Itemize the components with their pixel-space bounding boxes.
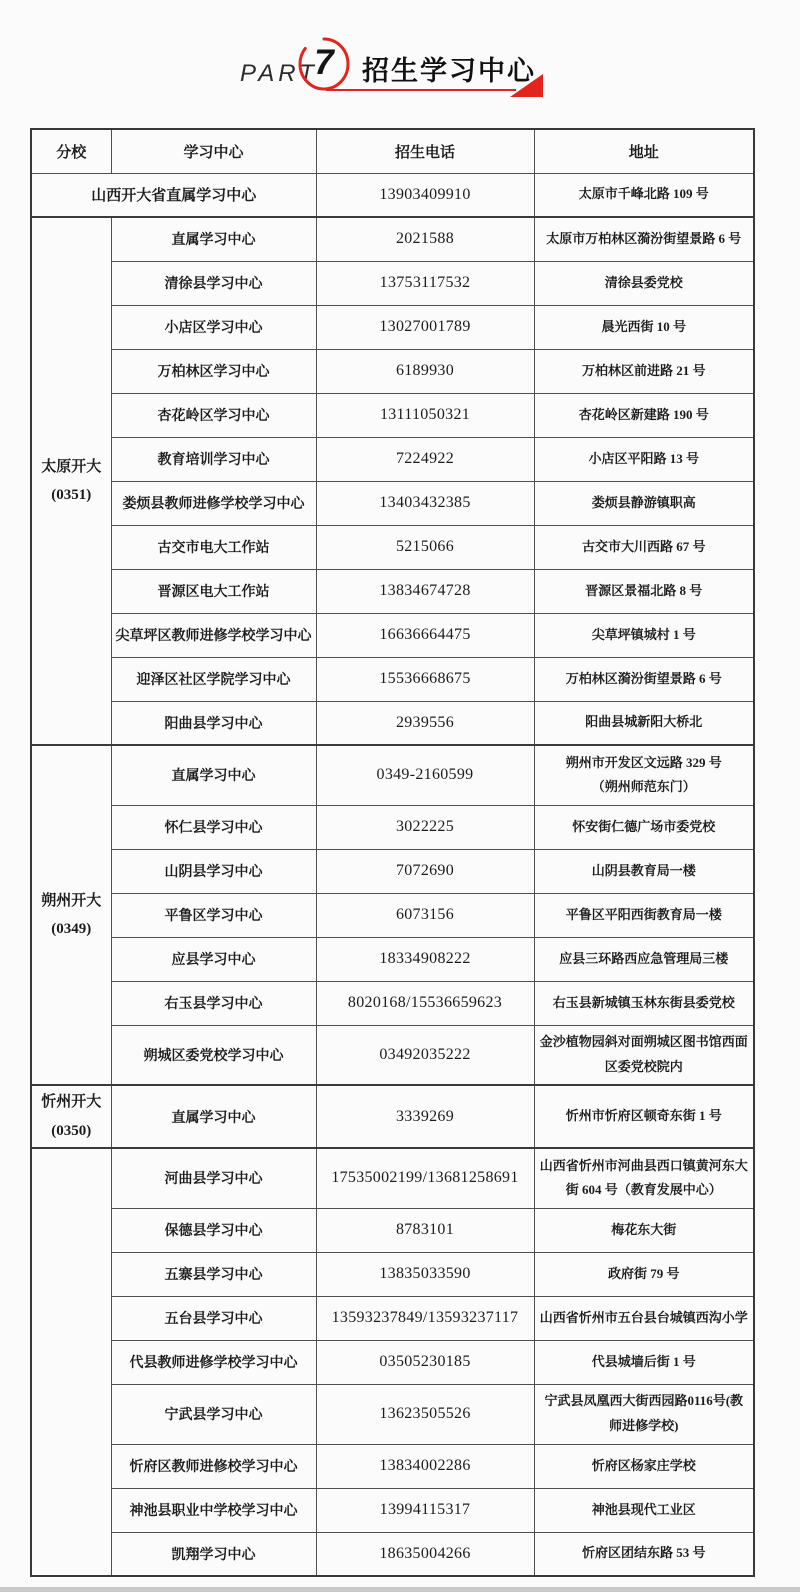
phone-cell: 18635004266 xyxy=(316,1532,534,1576)
branch-cell xyxy=(31,1148,111,1576)
address-cell: 宁武县凤凰西大街西园路0116号(教 师进修学校) xyxy=(534,1384,754,1444)
phone-cell: 13753117532 xyxy=(316,261,534,305)
phone-cell: 13834674728 xyxy=(316,569,534,613)
phone-cell: 13623505526 xyxy=(316,1384,534,1444)
branch-name: 忻州开大 xyxy=(35,1088,108,1117)
section-title-banner: PART 7 招生学习中心 xyxy=(238,36,558,102)
phone-cell: 03505230185 xyxy=(316,1340,534,1384)
center-cell: 忻府区教师进修校学习中心 xyxy=(111,1444,316,1488)
col-header-branch: 分校 xyxy=(31,129,111,173)
table-row: 忻州开大 (0350) 直属学习中心 3339269 忻州市忻府区顿奇东街 1 … xyxy=(31,1085,754,1148)
center-cell: 阳曲县学习中心 xyxy=(111,701,316,745)
center-cell: 保德县学习中心 xyxy=(111,1208,316,1252)
center-cell: 平鲁区学习中心 xyxy=(111,893,316,937)
center-cell: 怀仁县学习中心 xyxy=(111,805,316,849)
address-cell: 阳曲县城新阳大桥北 xyxy=(534,701,754,745)
center-cell: 杏花岭区学习中心 xyxy=(111,393,316,437)
center-cell: 小店区学习中心 xyxy=(111,305,316,349)
address-cell: 右玉县新城镇玉林东街县委党校 xyxy=(534,981,754,1025)
address-cell: 万柏林区前进路 21 号 xyxy=(534,349,754,393)
address-cell: 山阴县教育局一楼 xyxy=(534,849,754,893)
table-row: 晋源区电大工作站 13834674728 晋源区景福北路 8 号 xyxy=(31,569,754,613)
part-number: 7 xyxy=(296,43,352,83)
phone-cell: 16636664475 xyxy=(316,613,534,657)
address-cell: 忻州市忻府区顿奇东街 1 号 xyxy=(534,1085,754,1148)
phone-cell: 3339269 xyxy=(316,1085,534,1148)
col-header-address: 地址 xyxy=(534,129,754,173)
col-header-center: 学习中心 xyxy=(111,129,316,173)
phone-cell: 13994115317 xyxy=(316,1488,534,1532)
center-cell: 清徐县学习中心 xyxy=(111,261,316,305)
address-cell: 应县三环路西应急管理局三楼 xyxy=(534,937,754,981)
branch-code: (0349) xyxy=(35,915,108,944)
phone-cell: 03492035222 xyxy=(316,1025,534,1085)
address-cell: 太原市千峰北路 109 号 xyxy=(534,173,754,217)
branch-name: 太原开大 xyxy=(35,453,108,482)
table-row: 五台县学习中心 13593237849/13593237117 山西省忻州市五台… xyxy=(31,1296,754,1340)
table-row: 尖草坪区教师进修学校学习中心 16636664475 尖草坪镇城村 1 号 xyxy=(31,613,754,657)
table-row: 太原开大 (0351) 直属学习中心 2021588 太原市万柏林区漪汾街望景路… xyxy=(31,217,754,261)
address-cell: 清徐县委党校 xyxy=(534,261,754,305)
address-cell: 山西省忻州市河曲县西口镇黄河东大 街 604 号（教育发展中心） xyxy=(534,1148,754,1208)
table-row: 河曲县学习中心 17535002199/13681258691 山西省忻州市河曲… xyxy=(31,1148,754,1208)
center-cell: 宁武县学习中心 xyxy=(111,1384,316,1444)
page-title: 招生学习中心 xyxy=(362,49,536,88)
center-cell: 凯翔学习中心 xyxy=(111,1532,316,1576)
table-row: 代县教师进修学校学习中心 03505230185 代县城墙后街 1 号 xyxy=(31,1340,754,1384)
center-cell: 直属学习中心 xyxy=(111,217,316,261)
table-row: 阳曲县学习中心 2939556 阳曲县城新阳大桥北 xyxy=(31,701,754,745)
table-row: 山西开大省直属学习中心 13903409910 太原市千峰北路 109 号 xyxy=(31,173,754,217)
phone-cell: 13593237849/13593237117 xyxy=(316,1296,534,1340)
table-row: 保德县学习中心 8783101 梅花东大街 xyxy=(31,1208,754,1252)
table-row: 迎泽区社区学院学习中心 15536668675 万柏林区漪汾街望景路 6 号 xyxy=(31,657,754,701)
table-row: 忻府区教师进修校学习中心 13834002286 忻府区杨家庄学校 xyxy=(31,1444,754,1488)
address-cell: 平鲁区平阳西街教育局一楼 xyxy=(534,893,754,937)
center-cell: 山西开大省直属学习中心 xyxy=(31,173,316,217)
phone-cell: 5215066 xyxy=(316,525,534,569)
address-cell: 忻府区杨家庄学校 xyxy=(534,1444,754,1488)
table-row: 清徐县学习中心 13753117532 清徐县委党校 xyxy=(31,261,754,305)
phone-cell: 2021588 xyxy=(316,217,534,261)
phone-cell: 17535002199/13681258691 xyxy=(316,1148,534,1208)
table-row: 神池县职业中学校学习中心 13994115317 神池县现代工业区 xyxy=(31,1488,754,1532)
table-row: 古交市电大工作站 5215066 古交市大川西路 67 号 xyxy=(31,525,754,569)
table-row: 怀仁县学习中心 3022225 怀安街仁德广场市委党校 xyxy=(31,805,754,849)
center-cell: 河曲县学习中心 xyxy=(111,1148,316,1208)
branch-cell: 朔州开大 (0349) xyxy=(31,745,111,1085)
address-cell: 晋源区景福北路 8 号 xyxy=(534,569,754,613)
phone-cell: 6189930 xyxy=(316,349,534,393)
table-row: 朔城区委党校学习中心 03492035222 金沙植物园斜对面朔城区图书馆西面 … xyxy=(31,1025,754,1085)
phone-cell: 13403432385 xyxy=(316,481,534,525)
center-cell: 代县教师进修学校学习中心 xyxy=(111,1340,316,1384)
center-cell: 山阴县学习中心 xyxy=(111,849,316,893)
phone-cell: 8020168/15536659623 xyxy=(316,981,534,1025)
address-cell: 太原市万柏林区漪汾街望景路 6 号 xyxy=(534,217,754,261)
phone-cell: 6073156 xyxy=(316,893,534,937)
phone-cell: 13835033590 xyxy=(316,1252,534,1296)
address-cell: 杏花岭区新建路 190 号 xyxy=(534,393,754,437)
address-cell: 小店区平阳路 13 号 xyxy=(534,437,754,481)
red-underline xyxy=(326,89,516,91)
branch-code: (0351) xyxy=(35,481,108,510)
center-cell: 神池县职业中学校学习中心 xyxy=(111,1488,316,1532)
branch-code: (0350) xyxy=(35,1117,108,1146)
center-cell: 娄烦县教师进修学校学习中心 xyxy=(111,481,316,525)
branch-cell: 忻州开大 (0350) xyxy=(31,1085,111,1148)
center-cell: 直属学习中心 xyxy=(111,1085,316,1148)
table-row: 凯翔学习中心 18635004266 忻府区团结东路 53 号 xyxy=(31,1532,754,1576)
phone-cell: 13903409910 xyxy=(316,173,534,217)
center-cell: 应县学习中心 xyxy=(111,937,316,981)
table-row: 应县学习中心 18334908222 应县三环路西应急管理局三楼 xyxy=(31,937,754,981)
center-cell: 朔城区委党校学习中心 xyxy=(111,1025,316,1085)
phone-cell: 7224922 xyxy=(316,437,534,481)
center-cell: 教育培训学习中心 xyxy=(111,437,316,481)
phone-cell: 8783101 xyxy=(316,1208,534,1252)
table-row: 万柏林区学习中心 6189930 万柏林区前进路 21 号 xyxy=(31,349,754,393)
learning-centers-table-wrap: 分校 学习中心 招生电话 地址 山西开大省直属学习中心 13903409910 … xyxy=(30,128,755,1577)
center-cell: 晋源区电大工作站 xyxy=(111,569,316,613)
branch-cell: 太原开大 (0351) xyxy=(31,217,111,745)
center-cell: 古交市电大工作站 xyxy=(111,525,316,569)
col-header-phone: 招生电话 xyxy=(316,129,534,173)
phone-cell: 18334908222 xyxy=(316,937,534,981)
phone-cell: 13111050321 xyxy=(316,393,534,437)
phone-cell: 2939556 xyxy=(316,701,534,745)
address-cell: 尖草坪镇城村 1 号 xyxy=(534,613,754,657)
table-row: 杏花岭区学习中心 13111050321 杏花岭区新建路 190 号 xyxy=(31,393,754,437)
page-bottom-edge xyxy=(0,1587,800,1592)
table-row: 小店区学习中心 13027001789 晨光西街 10 号 xyxy=(31,305,754,349)
address-cell: 晨光西街 10 号 xyxy=(534,305,754,349)
address-cell: 忻府区团结东路 53 号 xyxy=(534,1532,754,1576)
center-cell: 右玉县学习中心 xyxy=(111,981,316,1025)
branch-name: 朔州开大 xyxy=(35,887,108,916)
table-row: 五寨县学习中心 13835033590 政府街 79 号 xyxy=(31,1252,754,1296)
learning-centers-table: 分校 学习中心 招生电话 地址 山西开大省直属学习中心 13903409910 … xyxy=(30,128,755,1577)
table-row: 右玉县学习中心 8020168/15536659623 右玉县新城镇玉林东街县委… xyxy=(31,981,754,1025)
table-row: 山阴县学习中心 7072690 山阴县教育局一楼 xyxy=(31,849,754,893)
address-cell: 金沙植物园斜对面朔城区图书馆西面 区委党校院内 xyxy=(534,1025,754,1085)
table-row: 宁武县学习中心 13623505526 宁武县凤凰西大街西园路0116号(教 师… xyxy=(31,1384,754,1444)
phone-cell: 3022225 xyxy=(316,805,534,849)
center-cell: 万柏林区学习中心 xyxy=(111,349,316,393)
table-row: 平鲁区学习中心 6073156 平鲁区平阳西街教育局一楼 xyxy=(31,893,754,937)
phone-cell: 13834002286 xyxy=(316,1444,534,1488)
center-cell: 五寨县学习中心 xyxy=(111,1252,316,1296)
phone-cell: 0349-2160599 xyxy=(316,745,534,805)
phone-cell: 15536668675 xyxy=(316,657,534,701)
phone-cell: 7072690 xyxy=(316,849,534,893)
address-cell: 梅花东大街 xyxy=(534,1208,754,1252)
center-cell: 尖草坪区教师进修学校学习中心 xyxy=(111,613,316,657)
center-cell: 五台县学习中心 xyxy=(111,1296,316,1340)
address-cell: 山西省忻州市五台县台城镇西沟小学 xyxy=(534,1296,754,1340)
center-cell: 直属学习中心 xyxy=(111,745,316,805)
center-cell: 迎泽区社区学院学习中心 xyxy=(111,657,316,701)
address-cell: 朔州市开发区文远路 329 号 （朔州师范东门） xyxy=(534,745,754,805)
address-cell: 政府街 79 号 xyxy=(534,1252,754,1296)
table-row: 朔州开大 (0349) 直属学习中心 0349-2160599 朔州市开发区文远… xyxy=(31,745,754,805)
address-cell: 娄烦县静游镇职高 xyxy=(534,481,754,525)
table-row: 教育培训学习中心 7224922 小店区平阳路 13 号 xyxy=(31,437,754,481)
address-cell: 万柏林区漪汾街望景路 6 号 xyxy=(534,657,754,701)
address-cell: 代县城墙后街 1 号 xyxy=(534,1340,754,1384)
address-cell: 怀安街仁德广场市委党校 xyxy=(534,805,754,849)
address-cell: 神池县现代工业区 xyxy=(534,1488,754,1532)
phone-cell: 13027001789 xyxy=(316,305,534,349)
header-row: 分校 学习中心 招生电话 地址 xyxy=(31,129,754,173)
table-row: 娄烦县教师进修学校学习中心 13403432385 娄烦县静游镇职高 xyxy=(31,481,754,525)
address-cell: 古交市大川西路 67 号 xyxy=(534,525,754,569)
